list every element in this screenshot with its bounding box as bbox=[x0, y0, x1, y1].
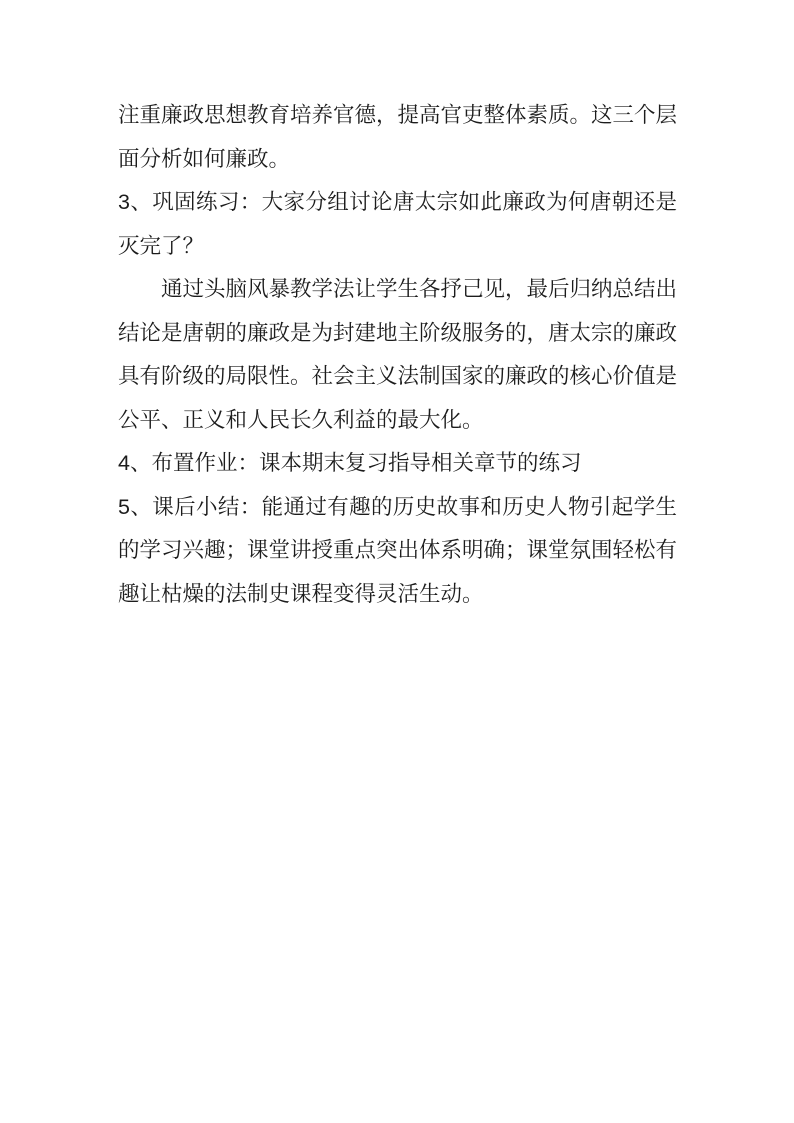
paragraph-item-3: 3、巩固练习：大家分组讨论唐太宗如此廉政为何唐朝还是灭完了？ bbox=[118, 181, 677, 268]
list-number: 5 bbox=[118, 495, 130, 519]
list-delimiter: 、 bbox=[130, 190, 152, 214]
document-page: 注重廉政思想教育培养官德，提高官吏整体素质。这三个层面分析如何廉政。 3、巩固练… bbox=[0, 0, 794, 1123]
paragraph-discussion-summary: 通过头脑风暴教学法让学生各抒己见，最后归纳总结出结论是唐朝的廉政是为封建地主阶级… bbox=[118, 268, 677, 442]
paragraph-text: 课后小结：能通过有趣的历史故事和历史人物引起学生的学习兴趣；课堂讲授重点突出体系… bbox=[118, 495, 677, 606]
list-delimiter: 、 bbox=[130, 451, 152, 475]
paragraph-item-4: 4、布置作业：课本期末复习指导相关章节的练习 bbox=[118, 442, 677, 486]
list-number: 4 bbox=[118, 451, 130, 475]
document-text-block: 注重廉政思想教育培养官德，提高官吏整体素质。这三个层面分析如何廉政。 3、巩固练… bbox=[118, 94, 677, 616]
paragraph-text: 布置作业：课本期末复习指导相关章节的练习 bbox=[151, 451, 581, 475]
paragraph-text: 通过头脑风暴教学法让学生各抒己见，最后归纳总结出结论是唐朝的廉政是为封建地主阶级… bbox=[118, 277, 677, 432]
paragraph-text: 巩固练习：大家分组讨论唐太宗如此廉政为何唐朝还是灭完了？ bbox=[118, 190, 677, 258]
paragraph-continuation: 注重廉政思想教育培养官德，提高官吏整体素质。这三个层面分析如何廉政。 bbox=[118, 94, 677, 181]
paragraph-text: 注重廉政思想教育培养官德，提高官吏整体素质。这三个层面分析如何廉政。 bbox=[118, 103, 677, 171]
list-number: 3 bbox=[118, 190, 130, 214]
paragraph-item-5: 5、课后小结：能通过有趣的历史故事和历史人物引起学生的学习兴趣；课堂讲授重点突出… bbox=[118, 486, 677, 617]
list-delimiter: 、 bbox=[130, 495, 152, 519]
